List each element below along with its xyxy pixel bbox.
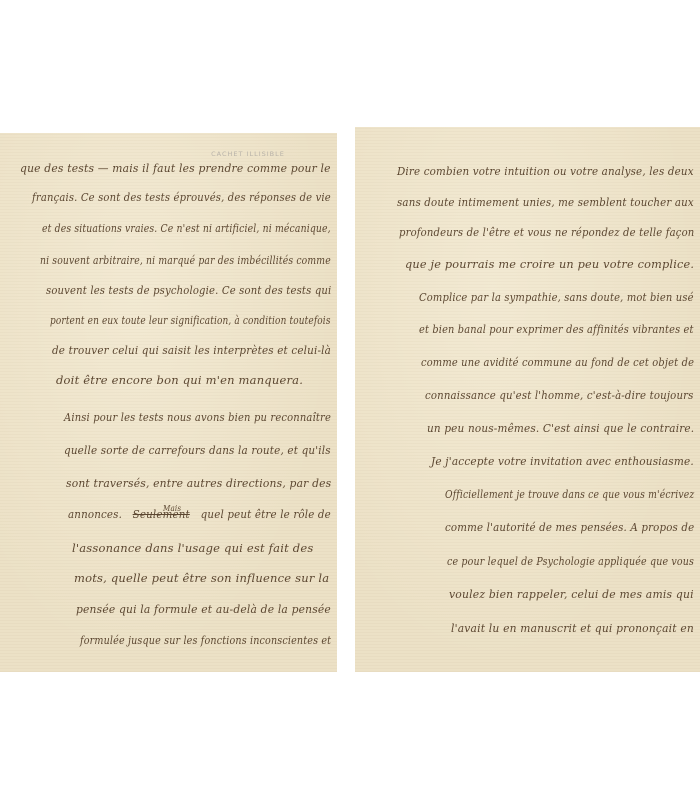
manuscript-line: portent en eux toute leur signification,… — [50, 313, 331, 327]
manuscript-line: de trouver celui qui saisit les interprè… — [52, 343, 331, 357]
manuscript-line: un peu nous-mêmes. C'est ainsi que le co… — [427, 421, 694, 435]
inserted-word: Mais — [163, 504, 181, 513]
manuscript-line: comme l'autorité de mes pensées. A propo… — [445, 520, 694, 534]
manuscript-line: Officiellement je trouve dans ce que vou… — [445, 487, 694, 501]
manuscript-line: comme une avidité commune au fond de cet… — [421, 355, 694, 369]
manuscript-page-right: Dire combien votre intuition ou votre an… — [355, 127, 700, 672]
manuscript-line: ni souvent arbitraire, ni marqué par des… — [40, 253, 331, 267]
manuscript-line: français. Ce sont des tests éprouvés, de… — [32, 190, 331, 204]
manuscript-line: voulez bien rappeler, celui de mes amis … — [449, 587, 694, 601]
manuscript-line: quelle sorte de carrefours dans la route… — [64, 443, 331, 457]
manuscript-line: souvent les tests de psychologie. Ce son… — [46, 283, 331, 297]
manuscript-line: l'avait lu en manuscrit et qui prononçai… — [451, 621, 694, 635]
manuscript-line: connaissance qu'est l'homme, c'est-à-dir… — [425, 388, 694, 402]
manuscript-line: Dire combien votre intuition ou votre an… — [397, 164, 694, 178]
manuscript-line: formulée jusque sur les fonctions incons… — [80, 633, 331, 647]
manuscript-line: Complice par la sympathie, sans doute, m… — [419, 290, 694, 304]
manuscript-word: annonces. — [68, 507, 122, 521]
manuscript-line: doit être encore bon qui m'en manquera. — [56, 373, 303, 387]
manuscript-line: que je pourrais me croire un peu votre c… — [405, 257, 694, 271]
manuscript-line: sont traversés, entre autres directions,… — [66, 476, 331, 490]
manuscript-line: ce pour lequel de Psychologie appliquée … — [447, 554, 694, 568]
manuscript-word: quel peut être le rôle de — [201, 507, 331, 521]
manuscript-line: pensée qui la formule et au-delà de la p… — [76, 602, 331, 616]
manuscript-page-left: CACHET ILLISIBLE que des tests — mais il… — [0, 133, 337, 672]
manuscript-line: et des situations vraies. Ce n'est ni ar… — [42, 221, 331, 235]
manuscript-line: sans doute intimement unies, me semblent… — [397, 195, 694, 209]
manuscript-line: l'assonance dans l'usage qui est fait de… — [72, 541, 313, 555]
manuscript-line: mots, quelle peut être son influence sur… — [74, 571, 329, 585]
manuscript-line: profondeurs de l'être et vous ne réponde… — [399, 225, 694, 239]
manuscript-line: annonces. Seulement Mais quel peut être … — [68, 507, 331, 521]
manuscript-line: Ainsi pour les tests nous avons bien pu … — [64, 410, 331, 424]
manuscript-line: et bien banal pour exprimer des affinité… — [419, 322, 694, 336]
manuscript-line: que des tests — mais il faut les prendre… — [20, 161, 331, 175]
faded-stamp: CACHET ILLISIBLE — [208, 150, 288, 158]
manuscript-line: Je j'accepte votre invitation avec entho… — [431, 454, 694, 468]
